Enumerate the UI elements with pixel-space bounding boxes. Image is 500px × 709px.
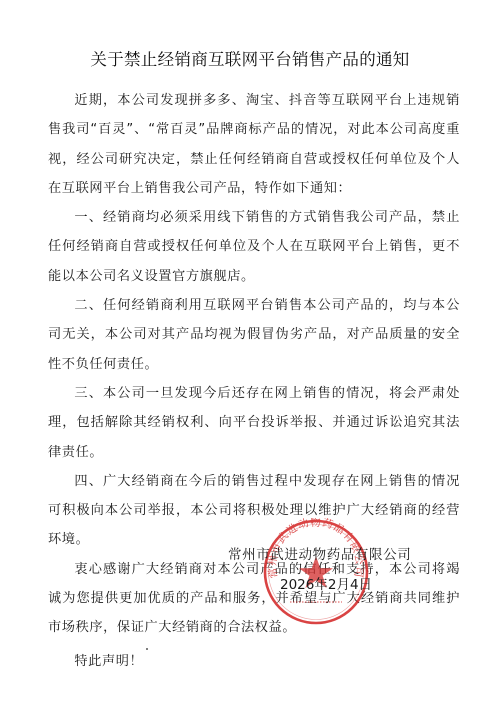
paragraph-item-4: 四、广大经销商在今后的销售过程中发现存在网上销售的情况可积极向本公司举报，本公司…	[48, 467, 460, 555]
document-page: 关于禁止经销商互联网平台销售产品的通知 近期，本公司发现拼多多、淘宝、抖音等互联…	[0, 0, 500, 709]
company-seal-icon: 常州市武进动物药品有限公司	[262, 518, 370, 626]
company-signature: 常州市武进动物药品有限公司	[228, 543, 411, 563]
stray-mark	[146, 648, 148, 650]
paragraph-item-2: 二、任何经销商利用互联网平台销售本公司产品的，均与本公司无关，本公司对其产品均视…	[48, 291, 460, 379]
paragraph-thanks: 衷心感谢广大经销商对本公司产品的信任和支持，本公司将竭诚为您提供更加优质的产品和…	[48, 555, 460, 643]
paragraph-item-3: 三、本公司一旦发现今后还存在网上销售的情况，将会严肃处理，包括解除其经销权利、向…	[48, 379, 460, 467]
closing-statement: 特此声明！	[48, 647, 460, 676]
paragraph-item-1: 一、经销商均必须采用线下销售的方式销售我公司产品，禁止任何经销商自营或授权任何单…	[48, 203, 460, 291]
document-title: 关于禁止经销商互联网平台销售产品的通知	[0, 46, 500, 70]
paragraph-intro: 近期，本公司发现拼多多、淘宝、抖音等互联网平台上违规销售我司“百灵”、“常百灵”…	[48, 86, 460, 203]
document-body: 近期，本公司发现拼多多、淘宝、抖音等互联网平台上违规销售我司“百灵”、“常百灵”…	[48, 86, 460, 676]
issue-date: 2026年2月4日	[280, 573, 372, 593]
